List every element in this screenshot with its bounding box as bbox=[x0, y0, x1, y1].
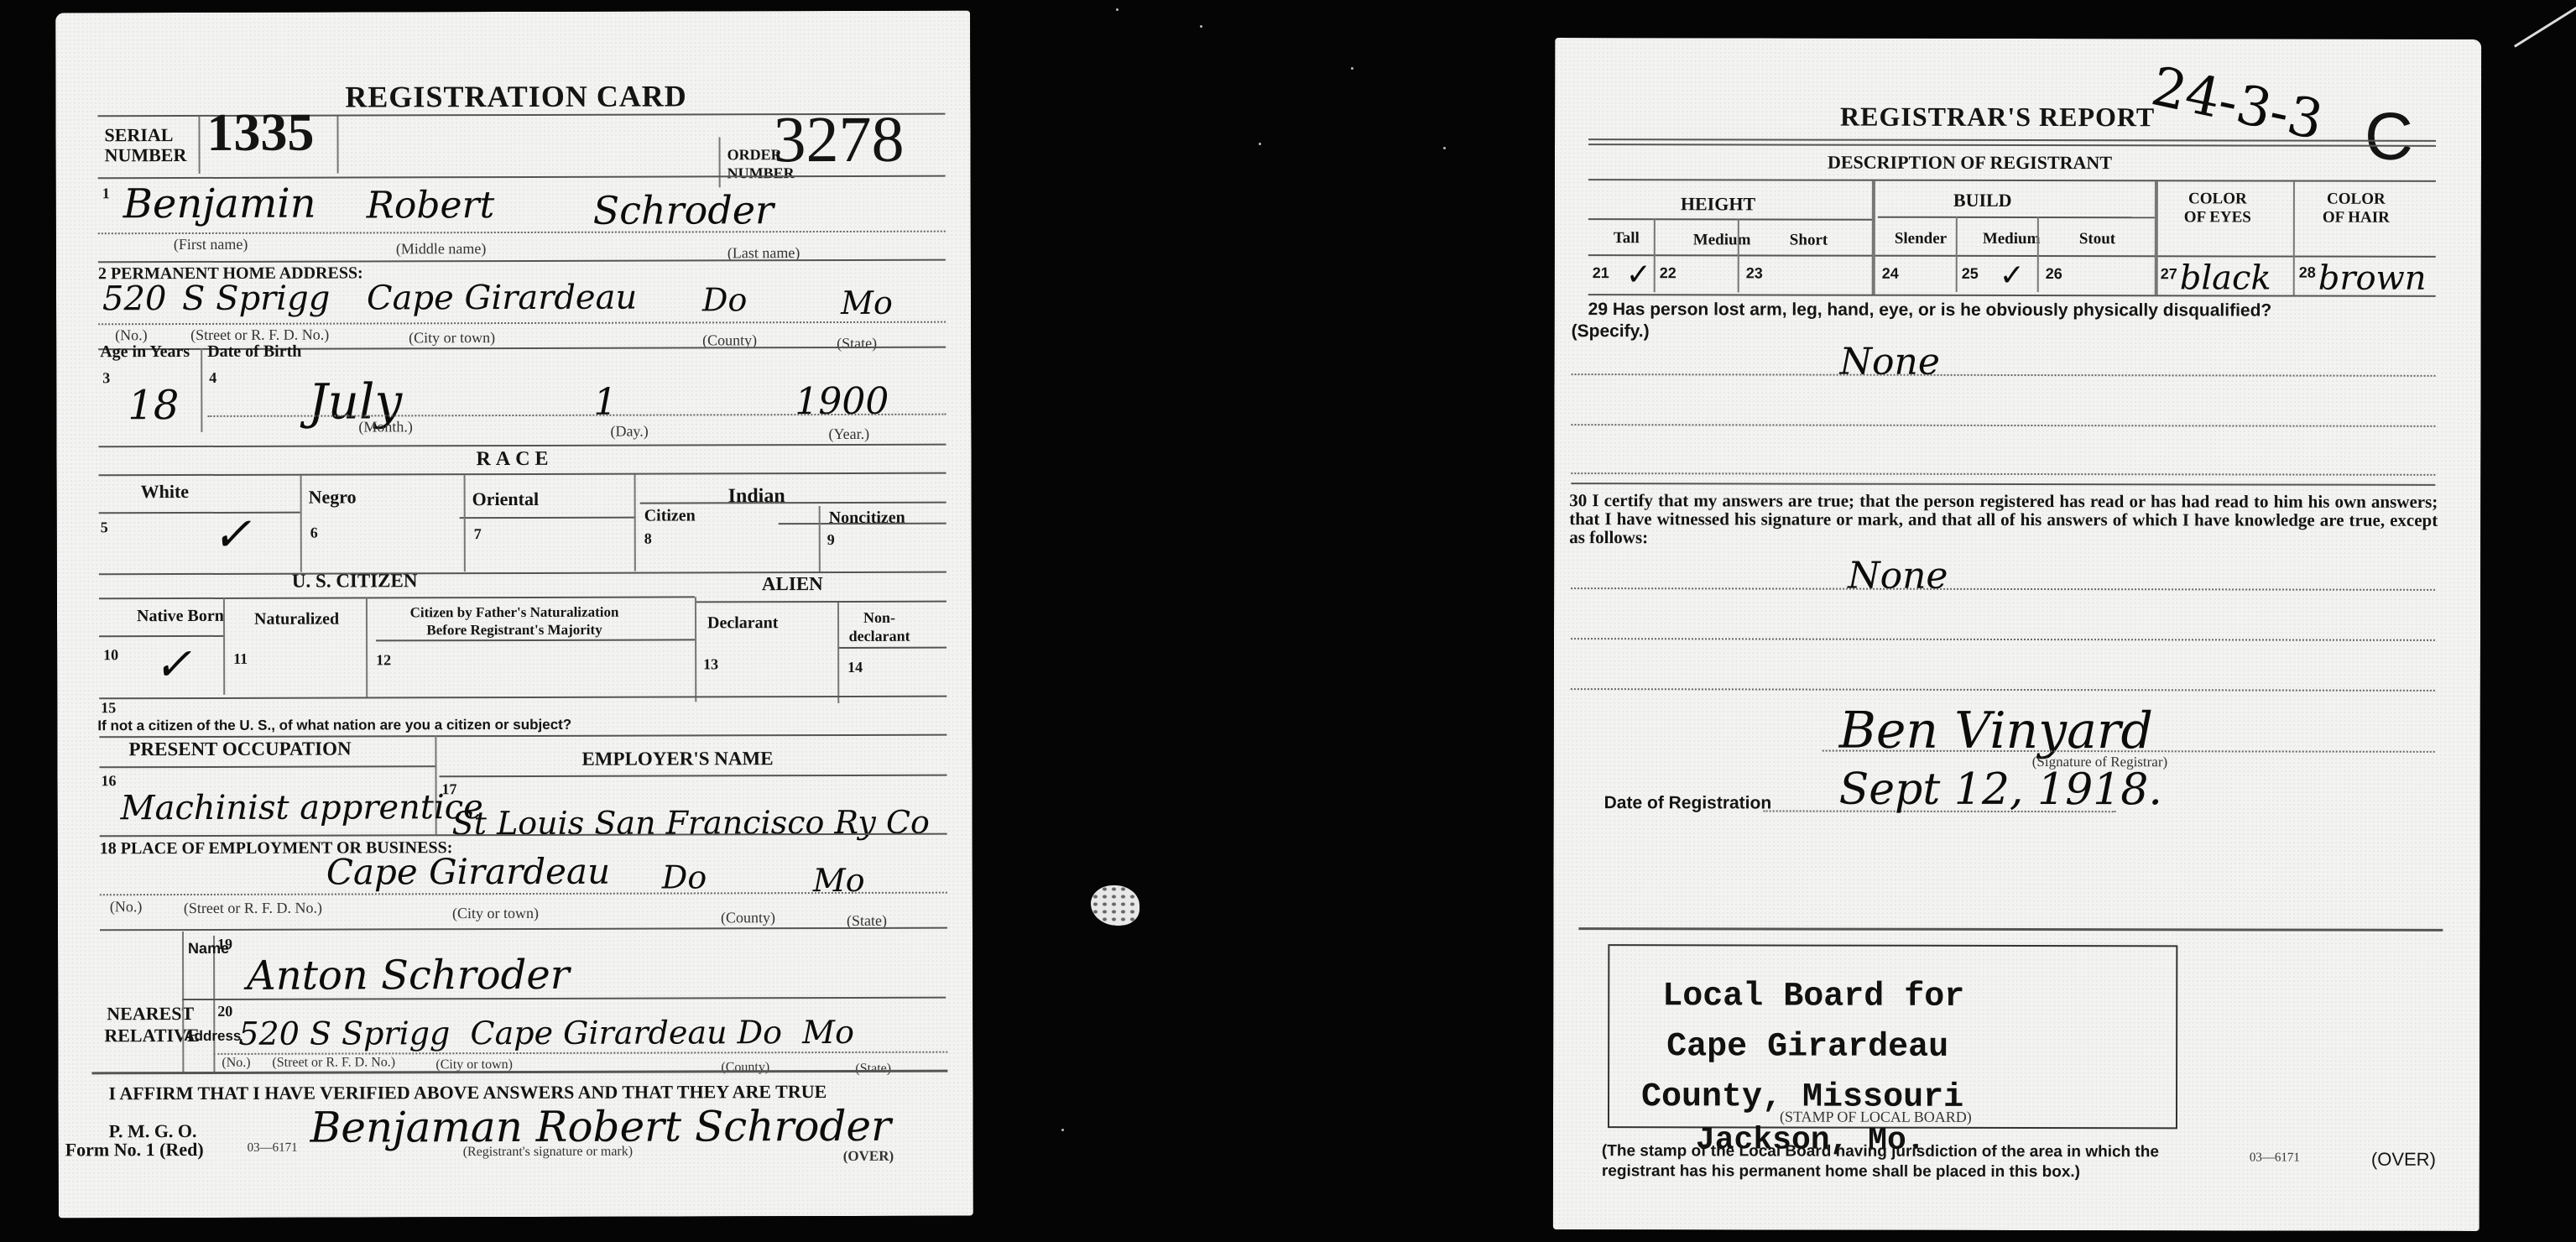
build-medium-checkmark: ✓ bbox=[2000, 258, 2025, 293]
age-value: 18 bbox=[128, 382, 179, 429]
dust bbox=[1443, 147, 1446, 149]
serial-number-value: 1335 bbox=[206, 102, 314, 164]
age-label: Age in Years bbox=[100, 342, 190, 362]
race-title: RACE bbox=[476, 448, 553, 471]
occupation-label: PRESENT OCCUPATION bbox=[128, 738, 351, 761]
stamp-line-1: Local Board for bbox=[1662, 978, 1964, 1016]
employer-value: St Louis San Francisco Ry Co bbox=[452, 804, 930, 842]
affirmation-text: I AFFIRM THAT I HAVE VERIFIED ABOVE ANSW… bbox=[108, 1081, 827, 1104]
dust bbox=[1061, 1129, 1064, 1131]
home-address-street: S Sprigg bbox=[182, 279, 330, 318]
last-name: Schroder bbox=[593, 187, 774, 233]
us-citizen-title: U. S. CITIZEN bbox=[292, 570, 418, 592]
employer-label: EMPLOYER'S NAME bbox=[581, 748, 773, 770]
alien-title: ALIEN bbox=[762, 573, 823, 595]
form-number: Form No. 1 (Red) bbox=[65, 1139, 204, 1161]
home-address-city: Cape Girardeau bbox=[367, 279, 637, 318]
registration-card-back: REGISTRAR'S REPORT 24-3-3 C DESCRIPTION … bbox=[1553, 38, 2481, 1231]
date-of-registration-value: Sept 12, 1918. bbox=[1839, 765, 2162, 816]
description-subtitle: DESCRIPTION OF REGISTRANT bbox=[1828, 152, 2112, 175]
question-29-answer: None bbox=[1840, 341, 1940, 384]
employment-county: Do bbox=[662, 858, 707, 895]
relative-address: 520 S Sprigg Cape Girardeau Do Mo bbox=[238, 1014, 854, 1052]
home-address-county: Do bbox=[702, 281, 747, 318]
question-30: 30 I certify that my answers are true; t… bbox=[1569, 491, 2438, 548]
home-address-no: 520 bbox=[102, 279, 166, 318]
dust bbox=[1116, 8, 1119, 11]
native-born-checkmark: ✓ bbox=[154, 638, 191, 691]
registrars-report-title: REGISTRAR'S REPORT bbox=[1840, 102, 2155, 133]
eye-color-value: black bbox=[2180, 258, 2271, 297]
hair-color-value: brown bbox=[2318, 259, 2427, 298]
employment-city: Cape Girardeau bbox=[326, 851, 610, 893]
film-artifact bbox=[1091, 885, 1139, 926]
race-white-checkmark: ✓ bbox=[212, 508, 252, 562]
foreign-citizen-question: If not a citizen of the U. S., of what n… bbox=[97, 717, 571, 734]
dob-label: Date of Birth bbox=[207, 342, 301, 362]
dob-day: 1 bbox=[593, 381, 617, 424]
height-tall-checkmark: ✓ bbox=[1626, 258, 1651, 292]
card-title: REGISTRATION CARD bbox=[345, 78, 687, 114]
dust bbox=[1259, 143, 1261, 145]
question-30-answer: None bbox=[1848, 555, 1948, 598]
stamp-line-2: Cape Girardeau bbox=[1666, 1028, 1948, 1067]
first-name: Benjamin bbox=[123, 180, 316, 228]
question-29: 29 Has person lost arm, leg, hand, eye, … bbox=[1588, 300, 2436, 321]
dust bbox=[1200, 25, 1202, 28]
dust bbox=[1351, 67, 1353, 70]
registration-card-front: REGISTRATION CARD SERIAL NUMBER 1335 ORD… bbox=[55, 11, 973, 1219]
film-scratch bbox=[2514, 5, 2576, 47]
stamp-instructions: (The stamp of the Local Board having jur… bbox=[1602, 1141, 2206, 1182]
home-address-state: Mo bbox=[841, 284, 893, 321]
classification-mark: C bbox=[2365, 98, 2413, 175]
draft-annotation: 24-3-3 bbox=[2146, 55, 2328, 153]
relative-name: Anton Schroder bbox=[247, 952, 570, 999]
occupation-value: Machinist apprentice bbox=[121, 788, 483, 827]
order-number-value: 3278 bbox=[773, 102, 904, 177]
date-of-registration-label: Date of Registration bbox=[1604, 793, 1772, 813]
dob-year: 1900 bbox=[795, 380, 889, 423]
middle-name: Robert bbox=[367, 184, 495, 227]
serial-number-label: SERIAL NUMBER bbox=[104, 125, 196, 165]
